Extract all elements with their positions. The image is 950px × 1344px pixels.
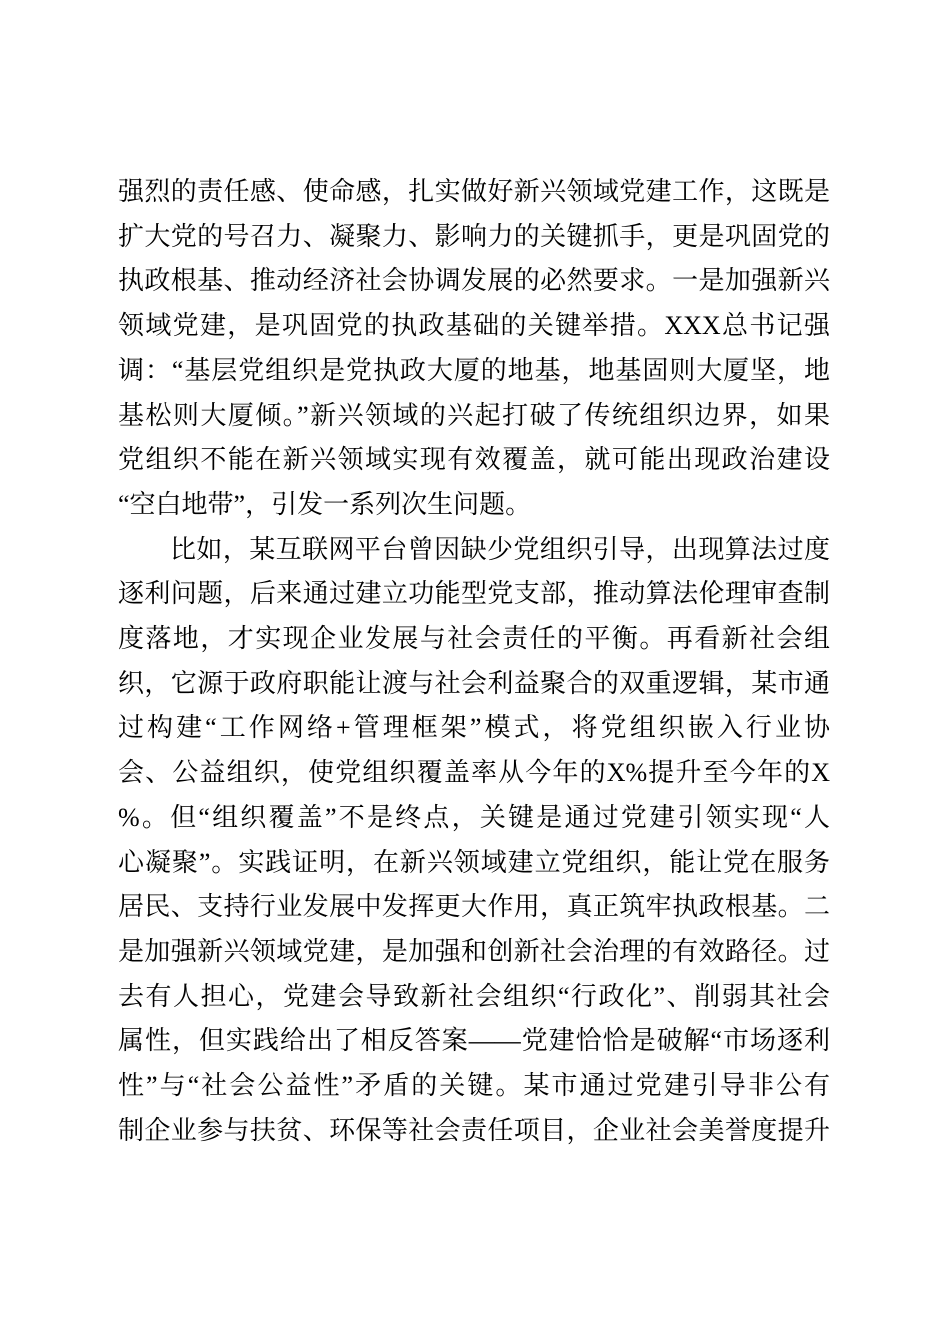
text-line: 逐利问题，后来通过建立功能型党支部，推动算法伦理审查制 (118, 572, 830, 617)
paragraph-2: 比如，某互联网平台曾因缺少党组织引导，出现算法过度逐利问题，后来通过建立功能型党… (118, 528, 830, 1154)
text-line: 执政根基、推动经济社会协调发展的必然要求。一是加强新兴 (118, 259, 830, 304)
text-line: 居民、支持行业发展中发挥更大作用，真正筑牢执政根基。二 (118, 885, 830, 930)
text-line: 党组织不能在新兴领域实现有效覆盖，就可能出现政治建设 (118, 438, 830, 483)
text-line: 扩大党的号召力、凝聚力、影响力的关键抓手，更是巩固党的 (118, 215, 830, 260)
text-line: 度落地，才实现企业发展与社会责任的平衡。再看新社会组 (118, 617, 830, 662)
document-body: 强烈的责任感、使命感，扎实做好新兴领域党建工作，这既是扩大党的号召力、凝聚力、影… (118, 170, 830, 1153)
text-line: 领域党建，是巩固党的执政基础的关键举措。XXX总书记强 (118, 304, 830, 349)
text-line: %。但“组织覆盖”不是终点，关键是通过党建引领实现“人 (118, 796, 830, 841)
text-line: 属性，但实践给出了相反答案——党建恰恰是破解“市场逐利 (118, 1019, 830, 1064)
text-line: 基松则大厦倾。”新兴领域的兴起打破了传统组织边界，如果 (118, 394, 830, 439)
text-line: 调：“基层党组织是党执政大厦的地基，地基固则大厦坚，地 (118, 349, 830, 394)
text-line: 织，它源于政府职能让渡与社会利益聚合的双重逻辑，某市通 (118, 662, 830, 707)
text-line: 心凝聚”。实践证明，在新兴领域建立党组织，能让党在服务 (118, 841, 830, 886)
text-line: 是加强新兴领域党建，是加强和创新社会治理的有效路径。过 (118, 930, 830, 975)
text-line: 制企业参与扶贫、环保等社会责任项目，企业社会美誉度提升 (118, 1109, 830, 1154)
text-line: 性”与“社会公益性”矛盾的关键。某市通过党建引导非公有 (118, 1064, 830, 1109)
text-line: 过构建“工作网络+管理框架”模式，将党组织嵌入行业协 (118, 706, 830, 751)
text-line: “空白地带”，引发一系列次生问题。 (118, 483, 830, 528)
text-line: 比如，某互联网平台曾因缺少党组织引导，出现算法过度 (118, 528, 830, 573)
text-line: 会、公益组织，使党组织覆盖率从今年的X%提升至今年的X (118, 751, 830, 796)
text-line: 去有人担心，党建会导致新社会组织“行政化”、削弱其社会 (118, 975, 830, 1020)
text-line: 强烈的责任感、使命感，扎实做好新兴领域党建工作，这既是 (118, 170, 830, 215)
paragraph-1: 强烈的责任感、使命感，扎实做好新兴领域党建工作，这既是扩大党的号召力、凝聚力、影… (118, 170, 830, 528)
document-page: 强烈的责任感、使命感，扎实做好新兴领域党建工作，这既是扩大党的号召力、凝聚力、影… (0, 0, 950, 1344)
